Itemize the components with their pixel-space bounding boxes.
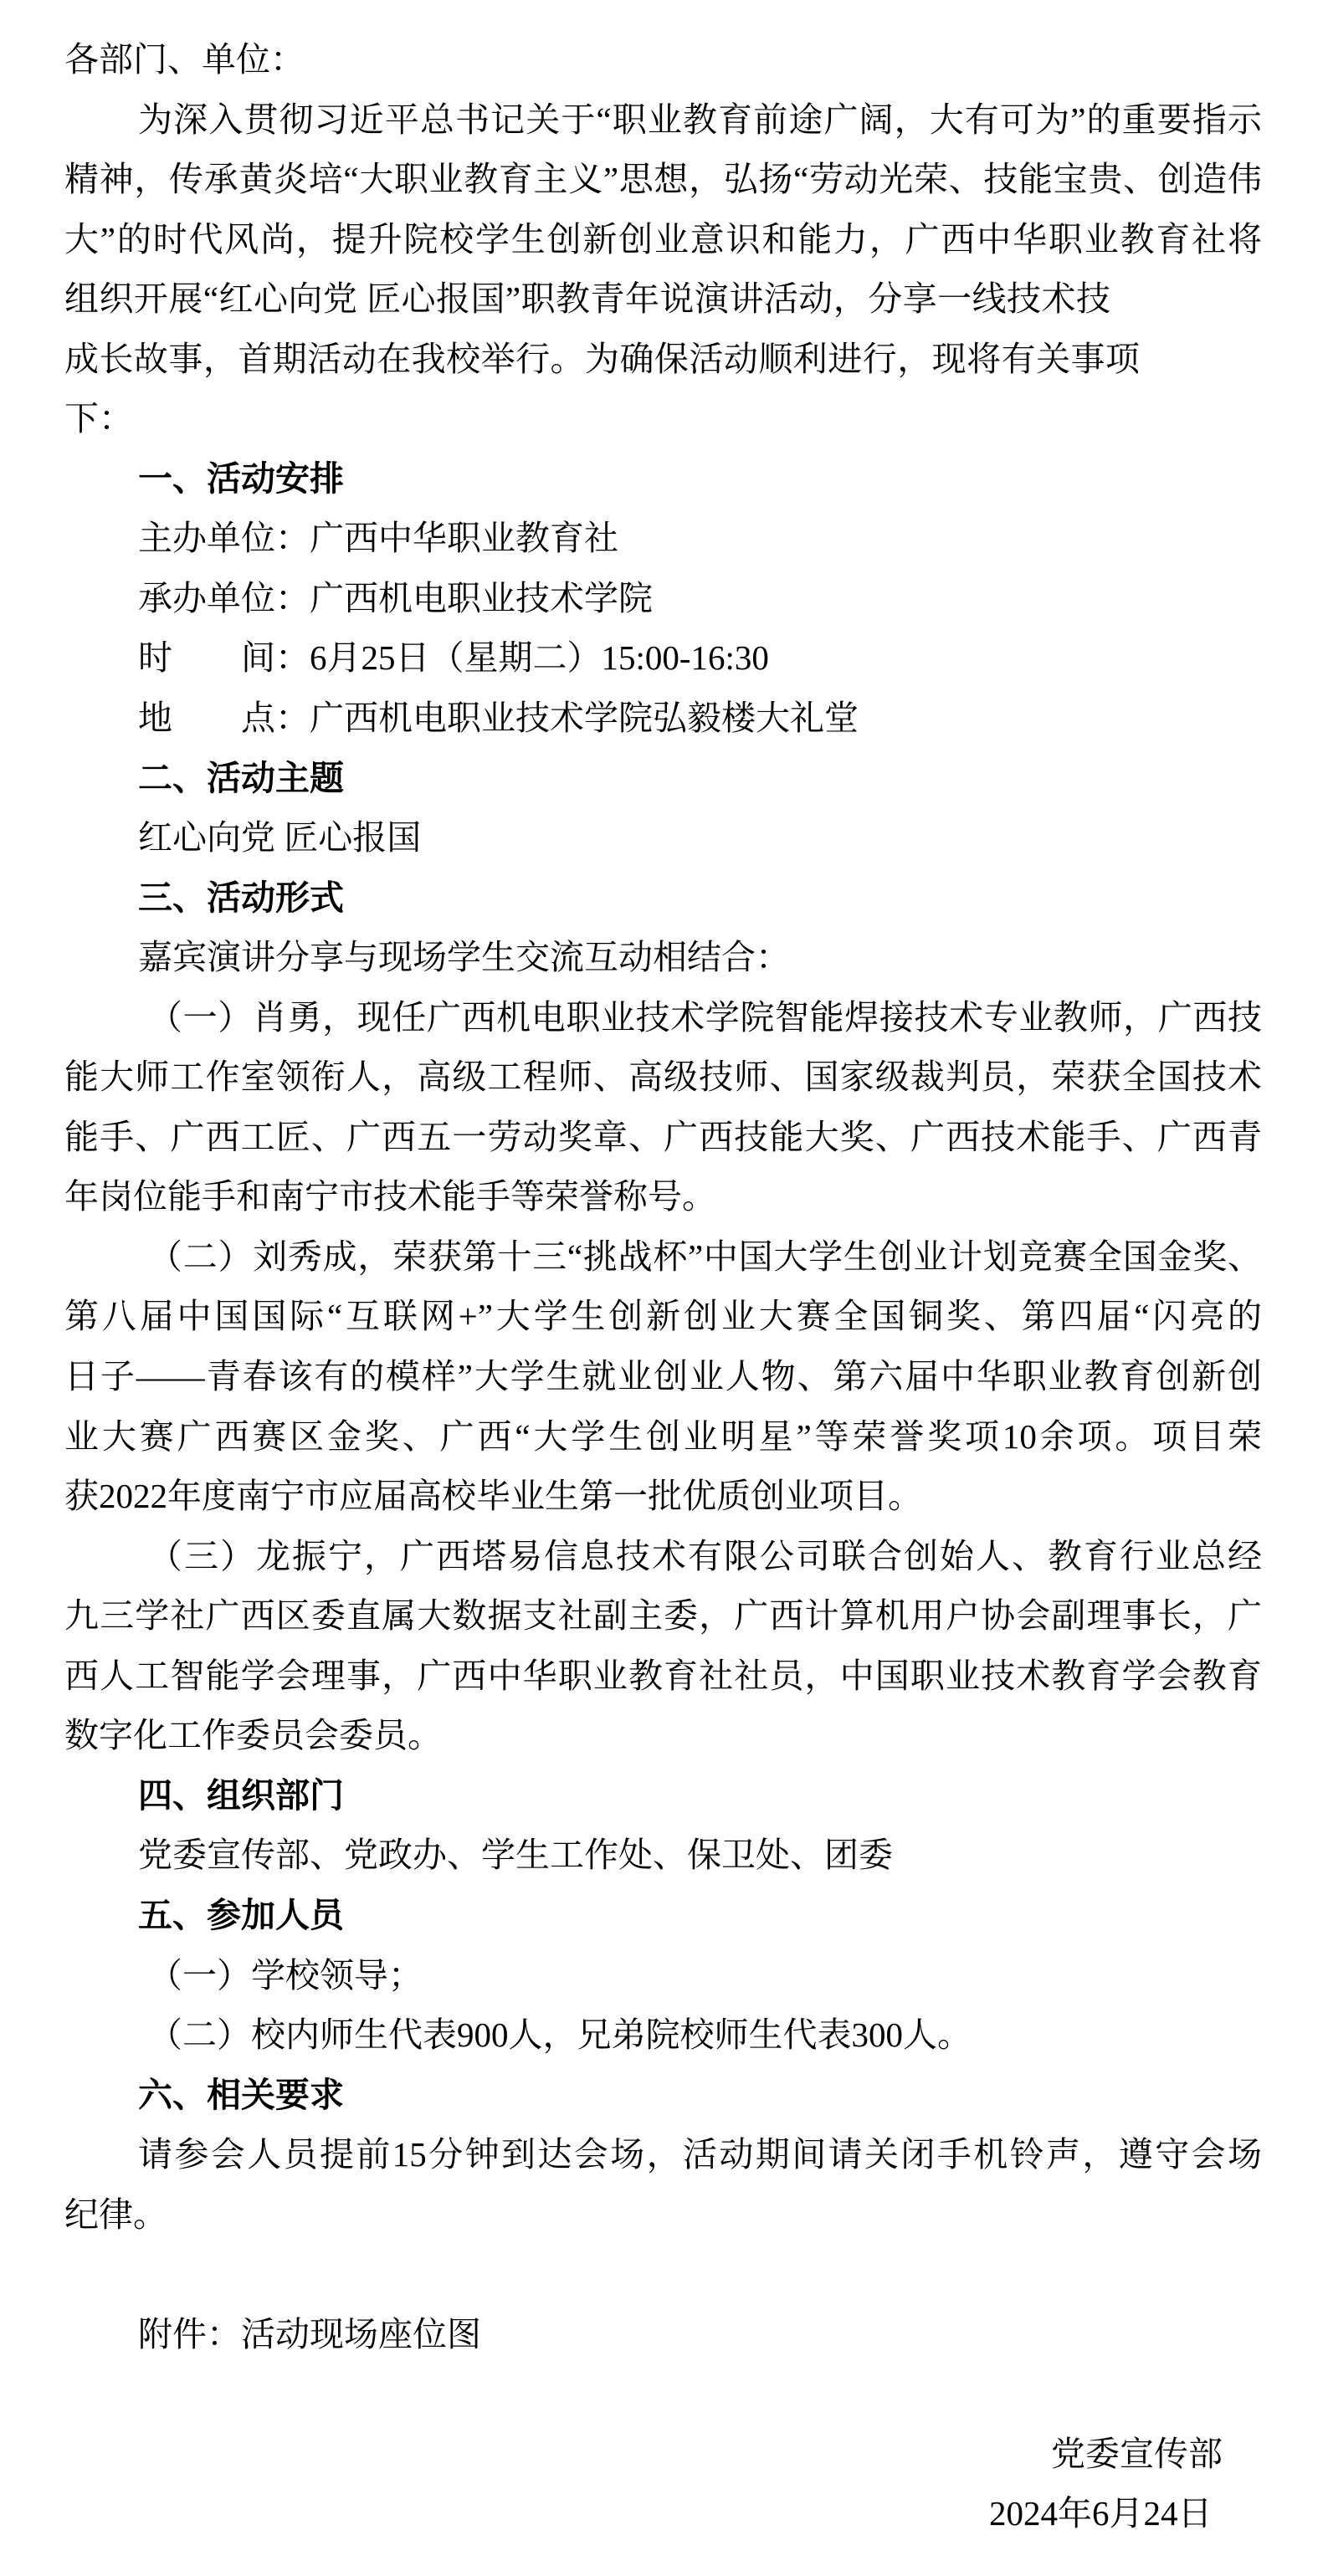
speaker-line: 能手、广西工匠、广西五一劳动奖章、广西技能大奖、广西技术能手、广西青 [64,1108,1262,1168]
speaker-line: （三）龙振宁，广西塔易信息技术有限公司联合创始人、教育行业总经理， [64,1527,1262,1587]
departments-line: 党委宣传部、党政办、学生工作处、保卫处、团委 [64,1826,1262,1886]
time-line: 时 间：6月25日（星期二）15:00-16:30 [64,628,1262,689]
intro-line: 下： [64,389,1262,449]
speaker-line: 数字化工作委员会委员。 [64,1706,1262,1766]
location-line: 地 点：广西机电职业技术学院弘毅楼大礼堂 [64,689,1262,749]
blank-line [0,2364,1328,2425]
section-heading-format: 三、活动形式 [64,868,1262,929]
section-heading-departments: 四、组织部门 [64,1766,1262,1826]
speaker-line: 年岗位能手和南宁市技术能手等荣誉称号。 [64,1167,1262,1227]
signature-department: 党委宣传部 [64,2425,1262,2485]
attachment-line: 附件：活动现场座位图 [64,2305,1262,2365]
speaker-line: 第八届中国国际“互联网+”大学生创新创业大赛全国铜奖、第四届“闪亮的 [64,1287,1262,1347]
section-heading-theme: 二、活动主题 [64,749,1262,809]
salutation: 各部门、单位： [64,30,1262,90]
format-line: 嘉宾演讲分享与现场学生交流互动相结合： [64,928,1262,988]
theme-line: 红心向党 匠心报国 [64,808,1262,868]
speaker-line: 业大赛广西赛区金奖、广西“大学生创业明星”等荣誉奖项10余项。项目荣 [64,1407,1262,1467]
host-line: 承办单位：广西机电职业技术学院 [64,569,1262,629]
participants-line: （二）校内师生代表900人，兄弟院校师生代表300人。 [64,2005,1262,2066]
speaker-line: （二）刘秀成，荣获第十三“挑战杯”中国大学生创业计划竞赛全国金奖、 [64,1227,1262,1288]
intro-line: 成长故事，首期活动在我校举行。为确保活动顺利进行，现将有关事项通知如 [64,330,1140,390]
section-heading-participants: 五、参加人员 [64,1886,1262,1946]
requirements-line: 纪律。 [64,2185,1262,2246]
speaker-line: （一）肖勇，现任广西机电职业技术学院智能焊接技术专业教师，广西技 [64,988,1262,1048]
requirements-line: 请参会人员提前15分钟到达会场，活动期间请关闭手机铃声，遵守会场 [64,2125,1262,2185]
speaker-line: 能大师工作室领衔人，高级工程师、高级技师、国家级裁判员，荣获全国技术 [64,1047,1262,1108]
participants-line: （一）学校领导； [64,1946,1262,2006]
organizer-line: 主办单位：广西中华职业教育社 [64,509,1262,569]
signature-date: 2024年6月24日 [64,2484,1262,2544]
speaker-line: 获2022年度南宁市应届高校毕业生第一批优质创业项目。 [64,1467,1262,1527]
blank-line [0,2245,1328,2305]
intro-line: 精神，传承黄炎培“大职业教育主义”思想，弘扬“劳动光荣、技能宝贵、创造伟 [64,150,1262,210]
speaker-line: 西人工智能学会理事，广西中华职业教育社社员，中国职业技术教育学会教育 [64,1646,1262,1707]
intro-line: 组织开展“红心向党 匠心报国”职教青年说演讲活动，分享一线技术技能人才 [64,269,1110,330]
section-heading-requirements: 六、相关要求 [64,2066,1262,2126]
notice-document: 各部门、单位： 为深入贯彻习近平总书记关于“职业教育前途广阔，大有可为”的重要指… [0,30,1328,2544]
section-heading-schedule: 一、活动安排 [64,449,1262,510]
intro-line: 为深入贯彻习近平总书记关于“职业教育前途广阔，大有可为”的重要指示 [64,90,1262,151]
intro-line: 大”的时代风尚，提升院校学生创新创业意识和能力，广西中华职业教育社将 [64,210,1262,270]
speaker-line: 九三学社广西区委直属大数据支社副主委，广西计算机用户协会副理事长，广 [64,1586,1262,1646]
speaker-line: 日子——青春该有的模样”大学生就业创业人物、第六届中华职业教育创新创 [64,1347,1262,1407]
